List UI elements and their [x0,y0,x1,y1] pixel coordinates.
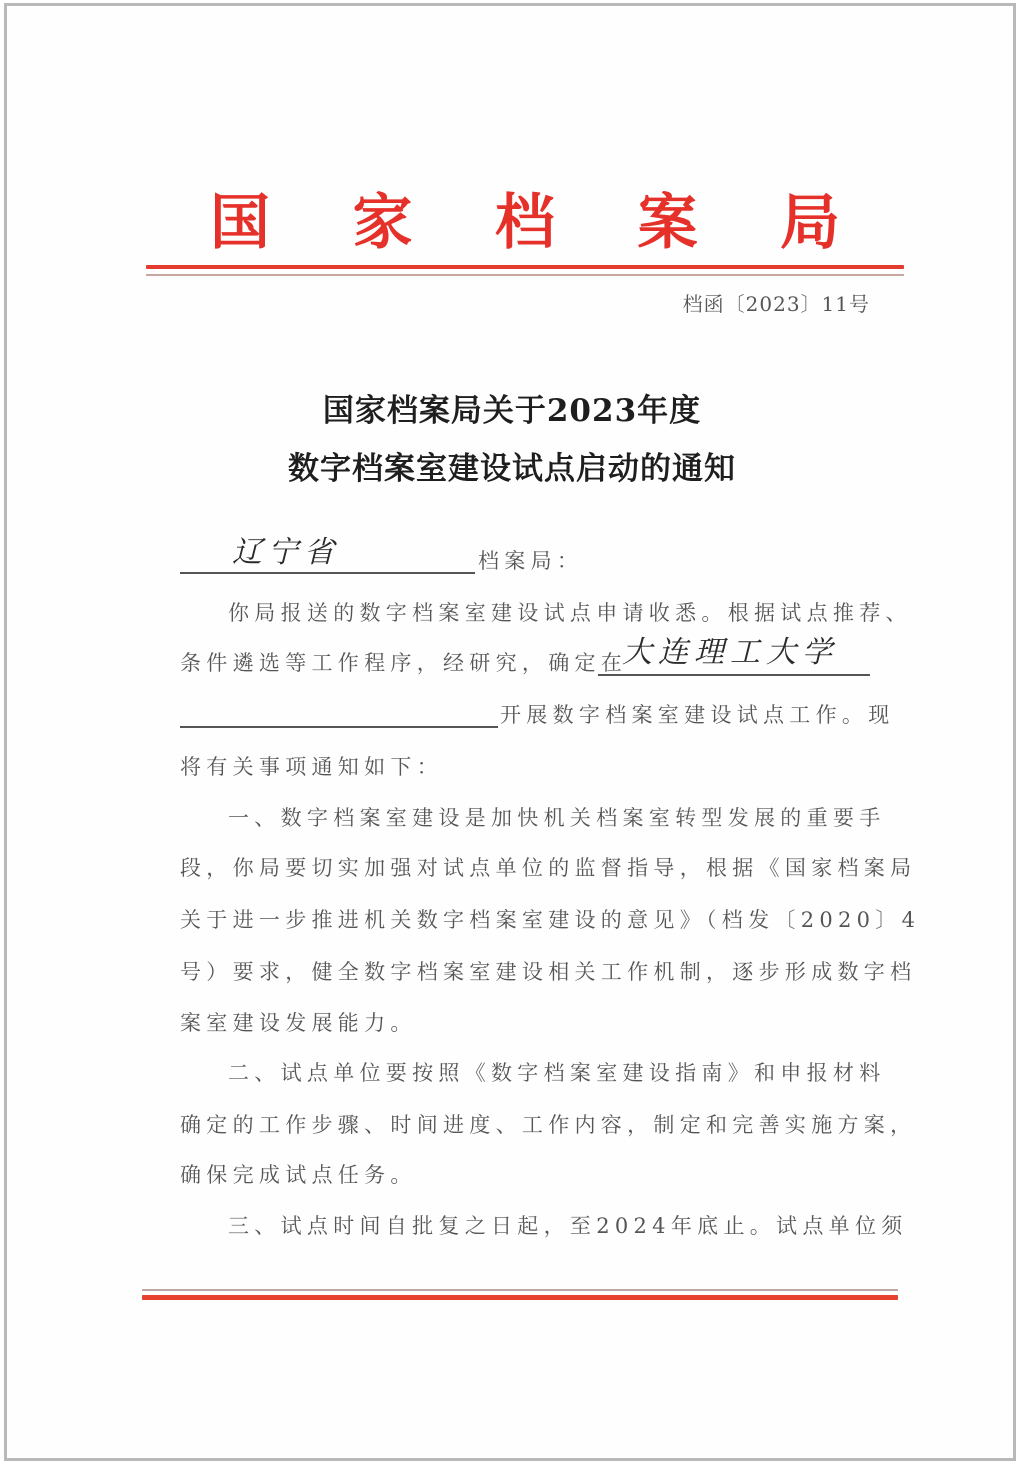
handwritten-unit-wrap: 大连理工大学 [622,638,838,670]
masthead-red-rule [146,265,904,269]
document-title-line-1: 国家档案局关于2023年度 [0,385,1024,430]
handwritten-province: 辽宁省 [232,535,340,570]
masthead-char: 案 [638,188,698,258]
masthead-char: 档 [495,188,555,258]
masthead-char: 国 [210,188,270,258]
unit-fill-line-2 [180,726,498,728]
section-1-line-4: 号）要求，健全数字档案室建设相关工作机制，逐步形成数字档 [180,957,872,987]
masthead-thin-rule [146,274,904,276]
section-2-line-1: 二、试点单位要按照《数字档案室建设指南》和申报材料 [180,1058,872,1088]
paragraph-1-line-3: 开展数字档案室建设试点工作。现 [500,700,895,730]
section-1-line-1: 一、数字档案室建设是加快机关档案室转型发展的重要手 [180,803,872,833]
section-1-line-5: 案室建设发展能力。 [180,1008,872,1038]
masthead-char: 局 [780,188,840,258]
section-1-line-3: 关于进一步推进机关数字档案室建设的意见》（档发〔2020〕4 [180,905,872,935]
handwritten-pilot-unit: 大连理工大学 [622,635,838,670]
paragraph-1-line-4: 将有关事项通知如下： [180,752,872,782]
unit-fill-line-1 [598,674,870,676]
addressee-fill-line [180,572,475,574]
footer-thin-rule [142,1289,898,1291]
footer-red-rule [142,1295,898,1300]
document-title-line-2: 数字档案室建设试点启动的通知 [0,443,1024,488]
section-2-line-2: 确定的工作步骤、时间进度、工作内容，制定和完善实施方案， [180,1110,872,1140]
section-2-line-3: 确保完成试点任务。 [180,1160,872,1190]
section-1-line-2: 段，你局要切实加强对试点单位的监督指导，根据《国家档案局 [180,853,872,883]
addressee-handwritten: 辽宁省 [232,538,340,570]
document-number: 档函〔2023〕11号 [683,288,870,317]
section-3-line-1: 三、试点时间自批复之日起，至2024年底止。试点单位须 [180,1211,872,1241]
addressee-suffix: 档案局： [478,546,583,576]
paragraph-1-line-1: 你局报送的数字档案室建设试点申请收悉。根据试点推荐、 [180,598,872,628]
masthead-char: 家 [353,188,413,258]
paragraph-1-line-2: 条件遴选等工作程序，经研究，确定在 [180,648,627,678]
masthead-red-header: 国 家 档 案 局 [150,188,900,258]
